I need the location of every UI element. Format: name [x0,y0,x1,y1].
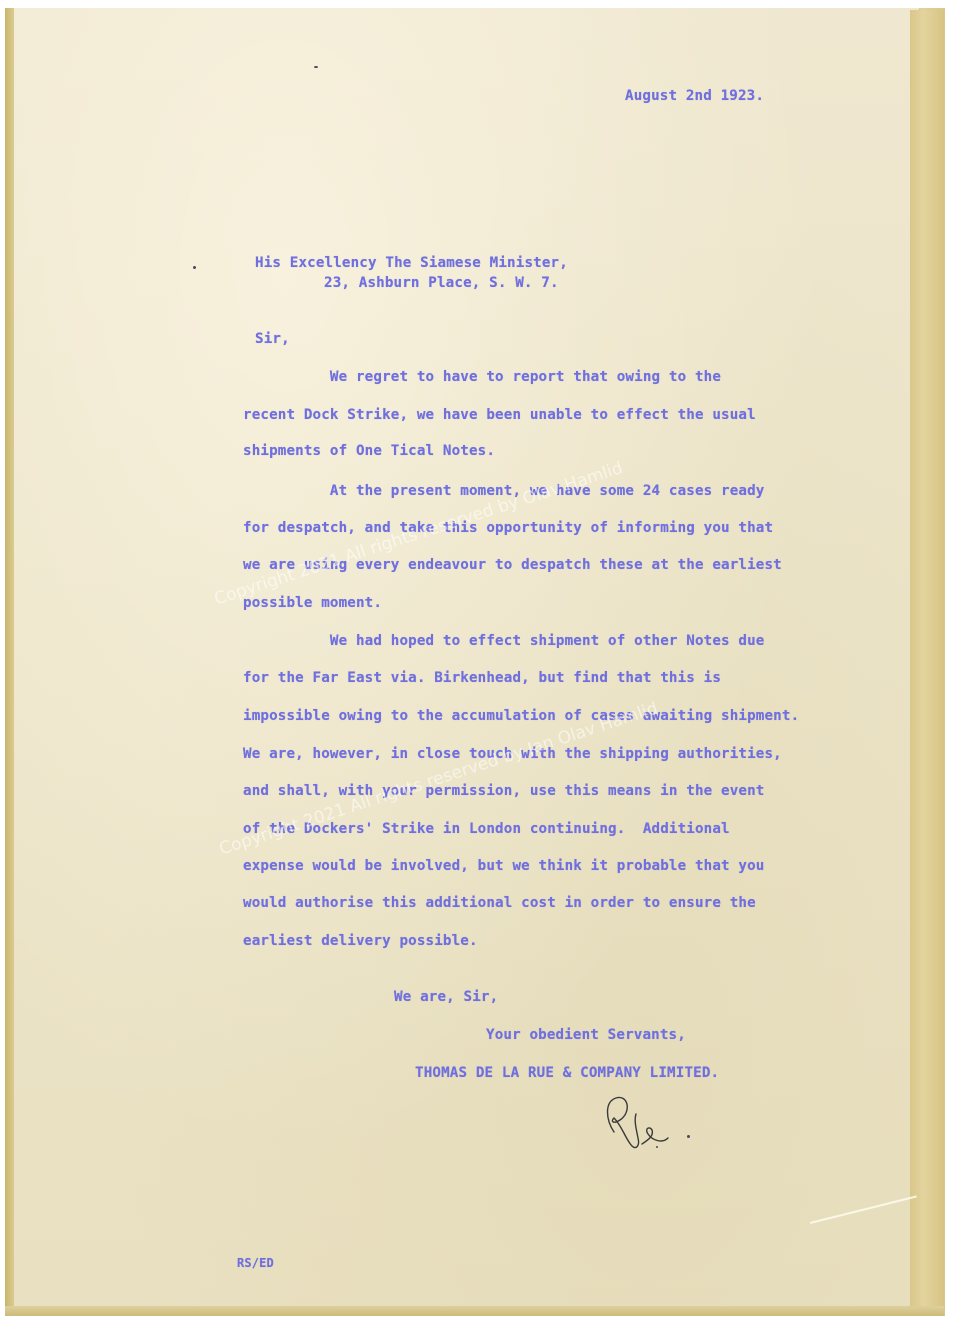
closing-line-1: We are, Sir, [394,989,498,1005]
recipient-line-1: His Excellency The Siamese Minister, [255,255,568,271]
body-line: We regret to have to report that owing t… [243,369,721,385]
company-name: THOMAS DE LA RUE & COMPANY LIMITED. [415,1065,719,1081]
closing-line-2: Your obedient Servants, [486,1027,686,1043]
body-line: impossible owing to the accumulation of … [243,708,799,724]
recipient-line-2: 23, Ashburn Place, S. W. 7. [324,275,559,291]
body-line: possible moment. [243,595,382,611]
body-line: we are using every endeavour to despatch… [243,557,782,573]
body-line: shipments of One Tical Notes. [243,443,495,459]
body-line: expense would be involved, but we think … [243,858,765,874]
letter-date: August 2nd 1923. [625,88,764,104]
body-line: At the present moment, we have some 24 c… [243,483,765,499]
body-line: We are, however, in close touch with the… [243,746,782,762]
body-line: We had hoped to effect shipment of other… [243,633,765,649]
bottom-edge-strip [5,1306,944,1316]
body-line: and shall, with your permission, use thi… [243,783,765,799]
right-edge-strip [910,10,944,1315]
handwritten-initials-signature [592,1090,702,1160]
body-line: of the Dockers' Strike in London continu… [243,821,730,837]
body-line: for despatch, and take this opportunity … [243,520,773,536]
ink-mark [193,266,196,269]
reference-initials: RS/ED [237,1256,274,1270]
ink-mark [687,1135,690,1138]
letter-sheet [14,8,919,1313]
body-line: for the Far East via. Birkenhead, but fi… [243,670,721,686]
body-line: would authorise this additional cost in … [243,895,756,911]
body-line: earliest delivery possible. [243,933,478,949]
salutation: Sir, [255,331,290,347]
ink-mark [314,66,318,68]
body-line: recent Dock Strike, we have been unable … [243,407,756,423]
ink-mark [656,1146,658,1148]
